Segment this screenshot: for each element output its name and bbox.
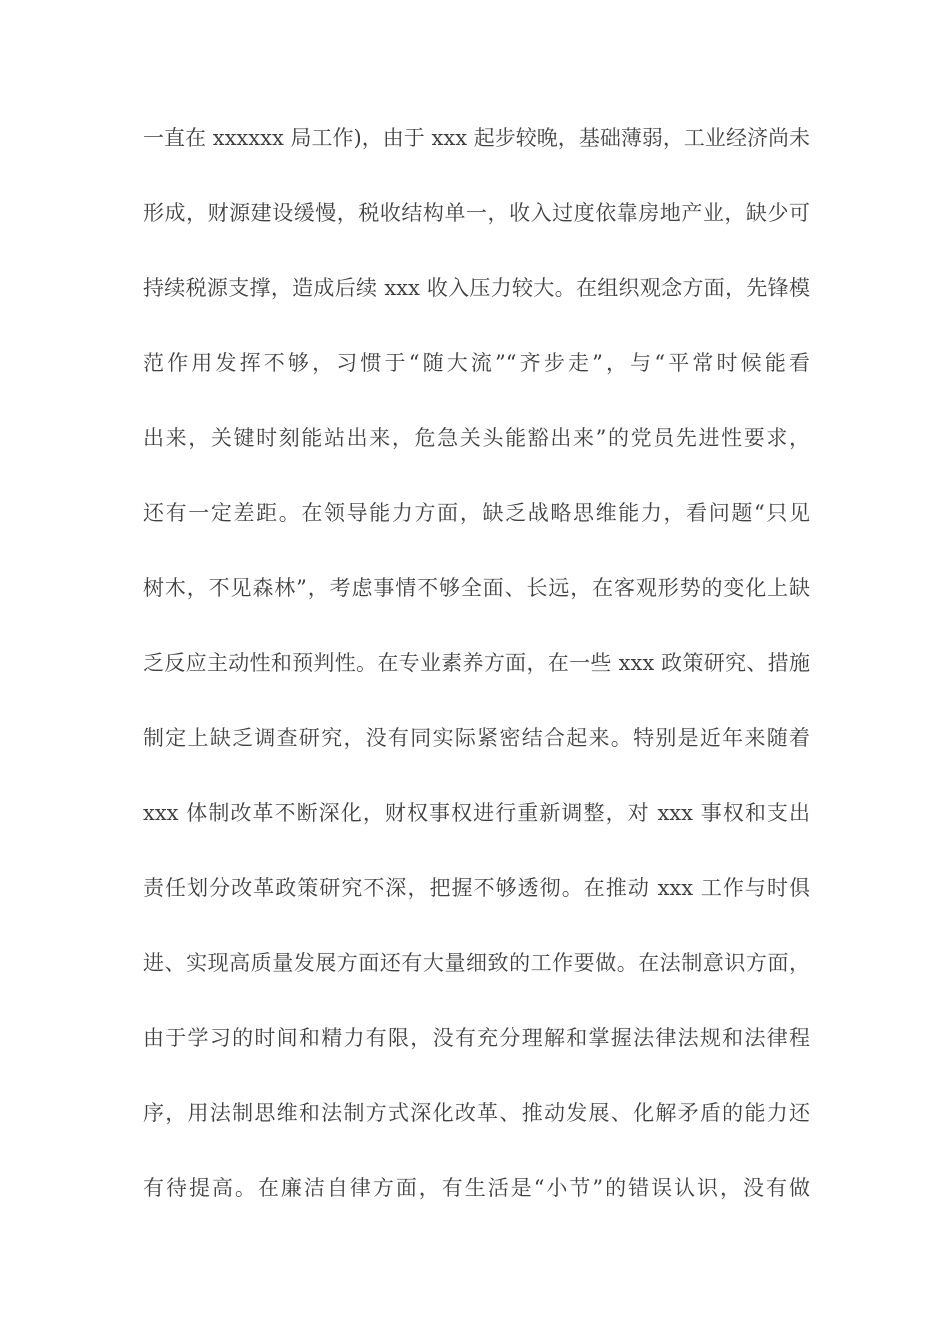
text-line: 还有一定差距。在领导能力方面，缺乏战略思维能力，看问题“只见 bbox=[143, 476, 810, 551]
text-line: 由于学习的时间和精力有限，没有充分理解和掌握法律法规和法律程 bbox=[143, 1001, 810, 1076]
text-line: 序，用法制思维和法制方式深化改革、推动发展、化解矛盾的能力还 bbox=[143, 1076, 810, 1151]
body-text-block: 一直在 xxxxxx 局工作)，由于 xxx 起步较晚，基础薄弱，工业经济尚未 … bbox=[143, 101, 810, 1226]
text-line: 范作用发挥不够，习惯于“随大流”“齐步走”，与“平常时候能看 bbox=[143, 326, 810, 401]
text-line: 责任划分改革政策研究不深，把握不够透彻。在推动 xxx 工作与时俱 bbox=[143, 851, 810, 926]
document-page: 一直在 xxxxxx 局工作)，由于 xxx 起步较晚，基础薄弱，工业经济尚未 … bbox=[0, 0, 950, 1344]
text-line: 形成，财源建设缓慢，税收结构单一，收入过度依靠房地产业，缺少可 bbox=[143, 176, 810, 251]
text-line: 有待提高。在廉洁自律方面，有生活是“小节”的错误认识，没有做 bbox=[143, 1151, 810, 1226]
text-line: 出来，关键时刻能站出来，危急关头能豁出来”的党员先进性要求， bbox=[143, 401, 810, 476]
text-line: xxx 体制改革不断深化，财权事权进行重新调整，对 xxx 事权和支出 bbox=[143, 776, 810, 851]
text-line: 一直在 xxxxxx 局工作)，由于 xxx 起步较晚，基础薄弱，工业经济尚未 bbox=[143, 101, 810, 176]
text-line: 乏反应主动性和预判性。在专业素养方面，在一些 xxx 政策研究、措施 bbox=[143, 626, 810, 701]
text-line: 进、实现高质量发展方面还有大量细致的工作要做。在法制意识方面， bbox=[143, 926, 810, 1001]
text-line: 制定上缺乏调查研究，没有同实际紧密结合起来。特别是近年来随着 bbox=[143, 701, 810, 776]
text-line: 持续税源支撑，造成后续 xxx 收入压力较大。在组织观念方面，先锋模 bbox=[143, 251, 810, 326]
text-line: 树木，不见森林”，考虑事情不够全面、长远，在客观形势的变化上缺 bbox=[143, 551, 810, 626]
